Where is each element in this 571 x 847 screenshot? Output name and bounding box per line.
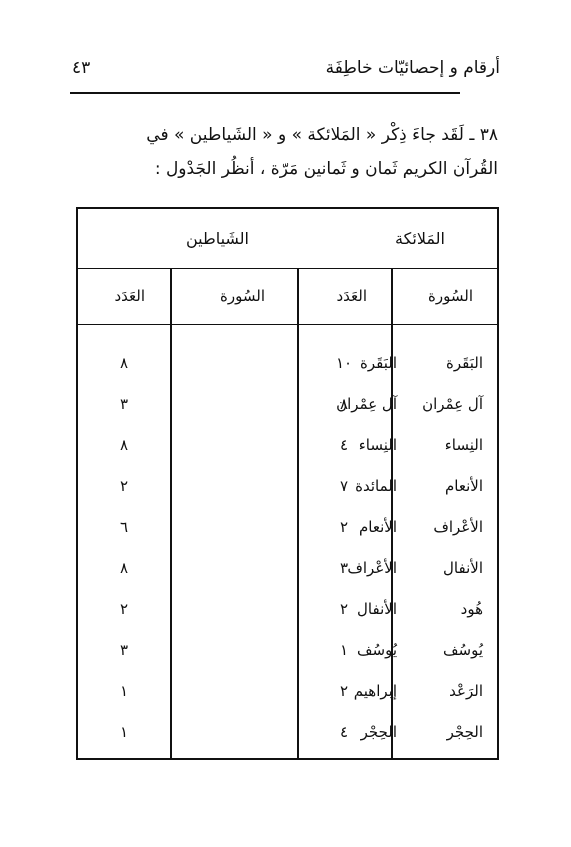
devils-surah-cell: آل عِمْران [336, 395, 397, 413]
column-divider [297, 269, 299, 758]
column-divider [170, 269, 172, 758]
book-page: أرقام و إحصائيّات خاطِفَة ٤٣ ٣٨ ـ لَقَد … [0, 0, 571, 847]
paragraph-38: ٣٨ ـ لَقَد جاءَ ذِكْر « المَلائكة » و « … [78, 118, 498, 186]
devils-count-cell: ٣ [120, 395, 128, 413]
angels-surah-cell: الحِجْر [447, 723, 483, 741]
angels-count-cell: ٧ [340, 477, 348, 495]
paragraph-line: القُرآن الكريم ثَمان و ثَمانين مَرّة ، أ… [78, 152, 498, 186]
devils-surah-cell: الأنفال [357, 600, 397, 618]
running-header: أرقام و إحصائيّات خاطِفَة ٤٣ [70, 58, 500, 88]
devils-count-cell: ١ [120, 723, 128, 741]
angels-surah-cell: النِساء [445, 436, 483, 454]
devils-count-cell: ٨ [120, 436, 128, 454]
angels-count-cell: ٢ [340, 682, 348, 700]
angels-surah-cell: الأنفال [443, 559, 483, 577]
devils-surah-cell: المائدة [355, 477, 397, 495]
group-devils: الشَياطين [186, 229, 249, 248]
devils-surah-cell: الأعْراف [347, 559, 397, 577]
angels-surah-cell: يُوسُف [443, 641, 483, 659]
devils-count-cell: ٦ [120, 518, 128, 536]
col-angels-count: العَدَد [336, 287, 367, 305]
col-devils-count: العَدَد [114, 287, 145, 305]
paragraph-line: ٣٨ ـ لَقَد جاءَ ذِكْر « المَلائكة » و « … [78, 118, 498, 152]
angels-surah-cell: البَقَرة [446, 354, 483, 372]
devils-count-cell: ١ [120, 682, 128, 700]
devils-surah-cell: البَقَرة [360, 354, 397, 372]
devils-count-cell: ٣ [120, 641, 128, 659]
devils-surah-cell: إبراهيم [354, 682, 397, 700]
angels-surah-cell: آل عِمْران [422, 395, 483, 413]
angels-count-cell: ١٠ [336, 354, 352, 372]
angels-count-cell: ٤ [340, 436, 348, 454]
header-rule [70, 92, 460, 94]
devils-count-cell: ٢ [120, 477, 128, 495]
group-header-row: المَلائكة الشَياطين [78, 209, 497, 269]
column-header-row: السُورة العَدَد السُورة العَدَد [78, 269, 497, 325]
angels-surah-cell: هُود [461, 600, 483, 618]
devils-count-cell: ٨ [120, 559, 128, 577]
devils-surah-cell: الحِجْر [361, 723, 397, 741]
devils-surah-cell: الأنعام [359, 518, 397, 536]
angels-surah-cell: الأعْراف [433, 518, 483, 536]
running-title: أرقام و إحصائيّات خاطِفَة [326, 58, 500, 78]
devils-surah-cell: النِساء [359, 436, 397, 454]
angels-count-cell: ١ [340, 641, 348, 659]
angels-count-cell: ٤ [340, 723, 348, 741]
group-angels: المَلائكة [395, 229, 445, 248]
devils-count-cell: ٨ [120, 354, 128, 372]
angels-count-cell: ٢ [340, 518, 348, 536]
devils-surah-cell: يُوسُف [357, 641, 397, 659]
angels-surah-cell: الأنعام [445, 477, 483, 495]
angels-surah-cell: الرَعْد [449, 682, 483, 700]
devils-count-cell: ٢ [120, 600, 128, 618]
angels-count-cell: ٢ [340, 600, 348, 618]
page-number: ٤٣ [72, 58, 90, 78]
angels-devils-table: المَلائكة الشَياطين السُورة العَدَد السُ… [76, 207, 499, 760]
col-devils-surah: السُورة [220, 287, 265, 305]
col-angels-surah: السُورة [428, 287, 473, 305]
